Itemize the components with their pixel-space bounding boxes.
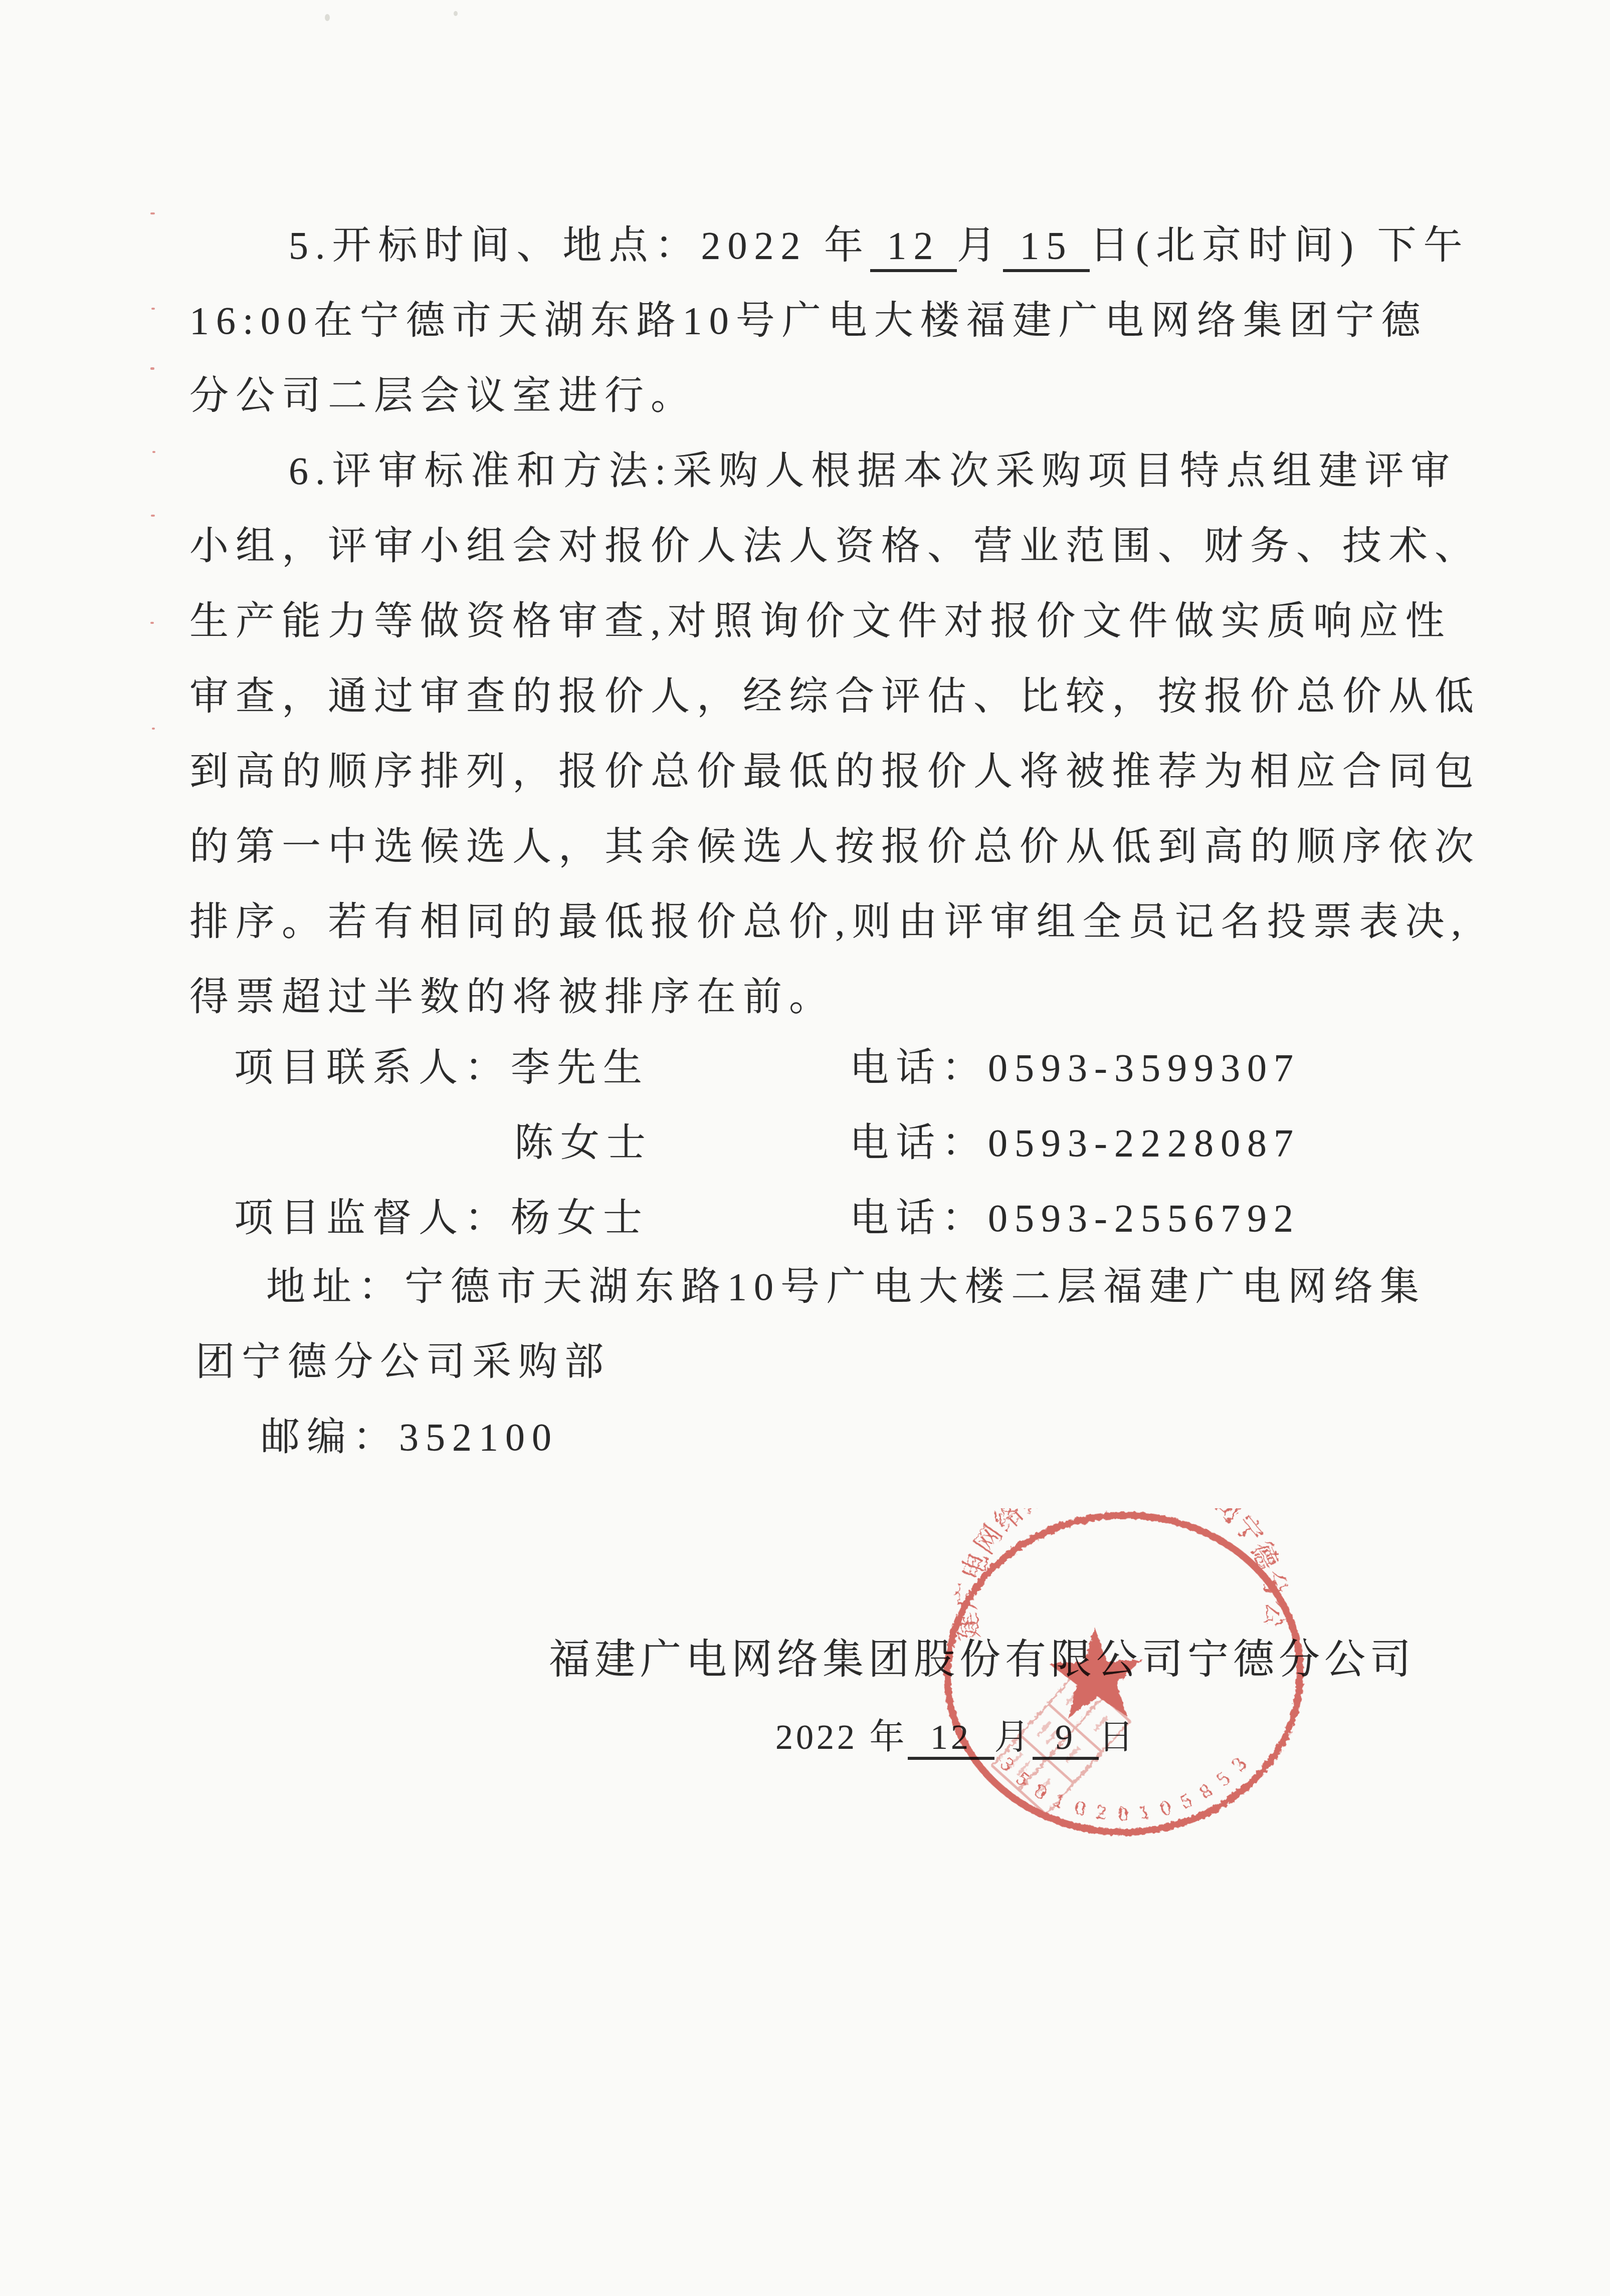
underlined-text: 12 bbox=[870, 223, 957, 272]
scanned-document-page: 5.开标时间、地点：2022 年 12 月 15 日(北京时间) 下午 16:0… bbox=[0, 0, 1610, 2296]
seal-code: 3501020105853 bbox=[995, 1745, 1261, 1829]
official-seal: 福建广电网络集团股份有限公司宁德分公司 3501020105853 bbox=[938, 1508, 1309, 1839]
text-line: 5.开标时间、地点：2022 年 12 月 15 日(北京时间) 下午 bbox=[289, 214, 1469, 270]
scan-artifact bbox=[152, 728, 155, 730]
text-line: 16:00在宁德市天湖东路10号广电大楼福建广电网络集团宁德 bbox=[189, 289, 1428, 345]
project-contact-name: 陈女士 bbox=[514, 1111, 653, 1168]
address-line: 团宁德分公司采购部 bbox=[195, 1330, 611, 1387]
project-supervisor-name: 项目监督人：杨女士 bbox=[234, 1187, 649, 1243]
scan-artifact bbox=[150, 622, 154, 624]
underlined-text: 15 bbox=[1003, 223, 1090, 272]
text-run: 2022 年 bbox=[775, 1718, 908, 1757]
text-line: 小组，评审小组会对报价人法人资格、营业范围、财务、技术、 bbox=[189, 515, 1481, 571]
scan-artifact bbox=[454, 11, 458, 16]
text-run: 到高的顺序排列，报价总价最低的报价人将被推荐为相应合同包 bbox=[189, 750, 1481, 793]
text-run: 6.评审标准和方法:采购人根据本次采购项目特点组建评审 bbox=[289, 449, 1457, 493]
text-line: 6.评审标准和方法:采购人根据本次采购项目特点组建评审 bbox=[289, 439, 1457, 496]
scan-artifact bbox=[152, 451, 155, 453]
text-line: 生产能力等做资格审查,对照询价文件对报价文件做实质响应性 bbox=[189, 590, 1452, 646]
scan-artifact bbox=[151, 515, 155, 517]
text-line: 的第一中选候选人，其余候选人按报价总价从低到高的顺序依次 bbox=[189, 815, 1481, 871]
project-supervisor-phone: 电话：0593-2556792 bbox=[850, 1187, 1300, 1243]
text-run: 审查，通过审查的报价人，经综合评估、比较，按报价总价从低 bbox=[189, 674, 1481, 718]
text-run: 的第一中选候选人，其余候选人按报价总价从低到高的顺序依次 bbox=[189, 825, 1481, 868]
address-line: 地址：宁德市天湖东路10号广电大楼二层福建广电网络集 bbox=[266, 1255, 1426, 1311]
text-line: 排序。若有相同的最低报价总价,则由评审组全员记名投票表决, bbox=[189, 890, 1468, 947]
scan-artifact bbox=[150, 367, 154, 370]
text-line: 得票超过半数的将被排序在前。 bbox=[189, 966, 835, 1022]
project-contact-phone: 电话：0593-2228087 bbox=[850, 1111, 1300, 1168]
project-contact-name: 项目联系人：李先生 bbox=[234, 1036, 649, 1092]
text-line: 审查，通过审查的报价人，经综合评估、比较，按报价总价从低 bbox=[189, 665, 1481, 721]
postal-code: 邮编：352100 bbox=[261, 1406, 558, 1462]
text-run: 日(北京时间) 下午 bbox=[1090, 223, 1469, 267]
scan-artifact bbox=[151, 308, 155, 310]
text-run: 得票超过半数的将被排序在前。 bbox=[189, 975, 835, 1019]
scan-artifact bbox=[325, 14, 330, 21]
text-run: 月 bbox=[957, 223, 1003, 267]
text-run: 生产能力等做资格审查,对照询价文件对报价文件做实质响应性 bbox=[189, 599, 1452, 643]
scan-artifact bbox=[150, 212, 155, 214]
seal-ring-text: 福建广电网络集团股份有限公司宁德分公司 bbox=[938, 1508, 1293, 1643]
text-line: 分公司二层会议室进行。 bbox=[189, 364, 697, 420]
text-run: 小组，评审小组会对报价人法人资格、营业范围、财务、技术、 bbox=[189, 524, 1481, 568]
text-run: 排序。若有相同的最低报价总价,则由评审组全员记名投票表决, bbox=[189, 900, 1468, 944]
text-line: 到高的顺序排列，报价总价最低的报价人将被推荐为相应合同包 bbox=[189, 740, 1481, 796]
project-contact-phone: 电话：0593-3599307 bbox=[850, 1036, 1300, 1092]
text-run: 5.开标时间、地点：2022 年 bbox=[289, 223, 870, 267]
text-run: 分公司二层会议室进行。 bbox=[189, 374, 697, 417]
text-run: 16:00在宁德市天湖东路10号广电大楼福建广电网络集团宁德 bbox=[189, 299, 1428, 342]
